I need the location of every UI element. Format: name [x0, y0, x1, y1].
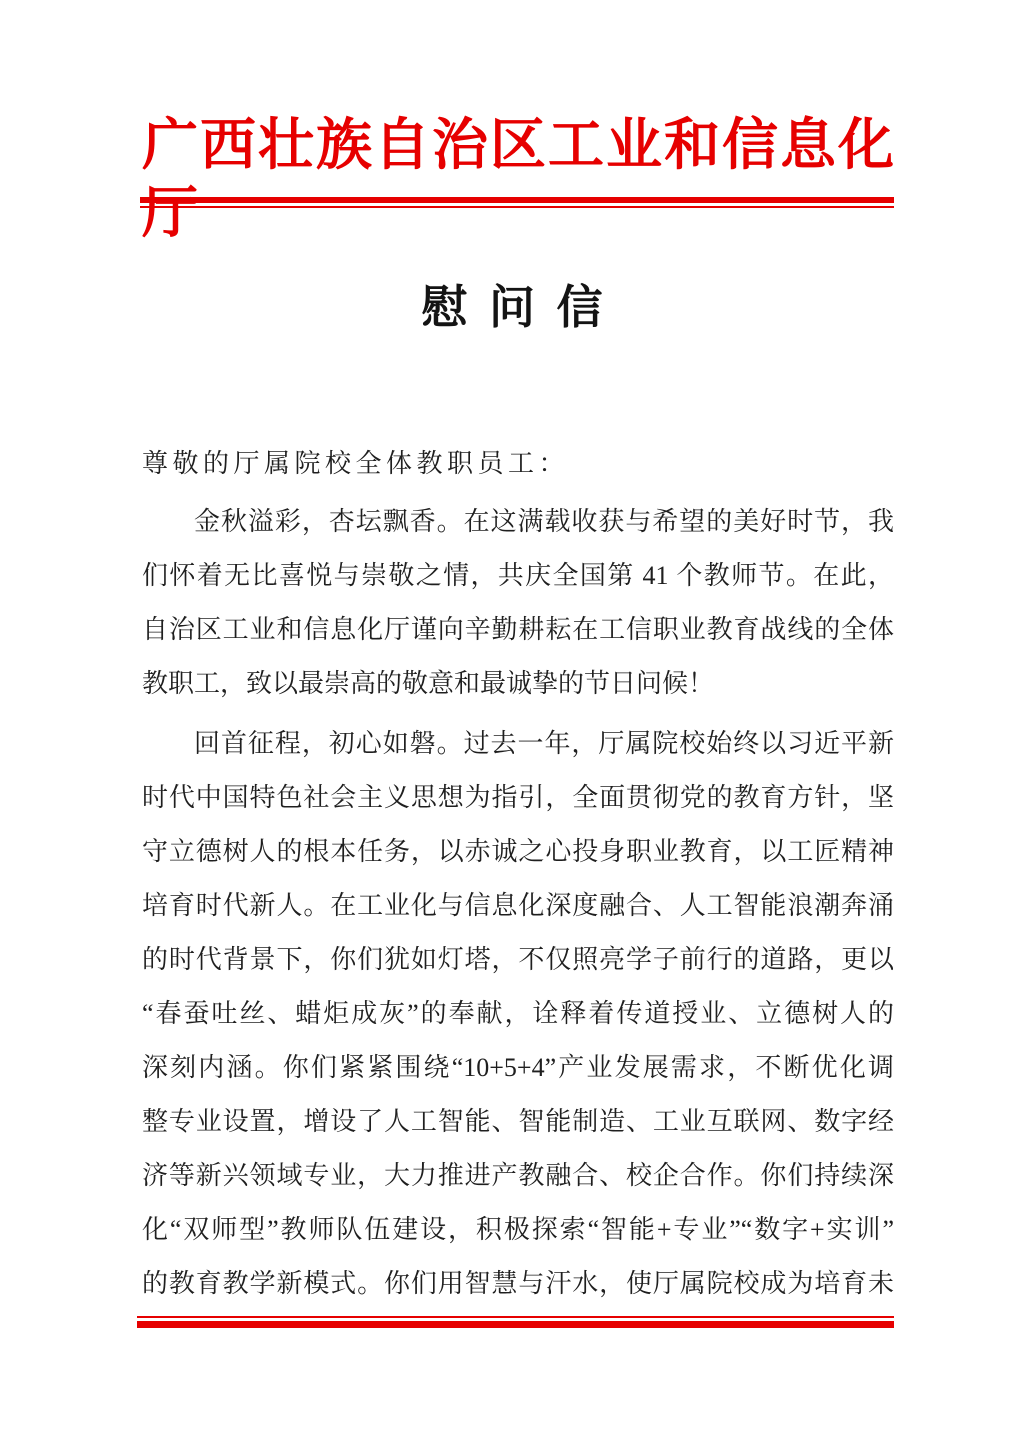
- body-line: 的时代背景下，你们犹如灯塔，不仅照亮学子前行的道路，更以: [142, 933, 894, 987]
- body-line: 教职工，致以最崇高的敬意和最诚挚的节日问候！: [142, 657, 894, 711]
- body-line: 们怀着无比喜悦与崇敬之情，共庆全国第 41 个教师节。在此，: [142, 549, 894, 603]
- body-line: 培育时代新人。在工业化与信息化深度融合、人工智能浪潮奔涌: [142, 879, 894, 933]
- letterhead-divider: [140, 197, 894, 208]
- letter-body: 尊敬的厅属院校全体教职员工： 金秋溢彩，杏坛飘香。在这满载收获与希望的美好时节，…: [142, 437, 894, 1311]
- body-line: 回首征程，初心如磐。过去一年，厅属院校始终以习近平新: [142, 717, 894, 771]
- divider-thin-line: [140, 206, 894, 208]
- salutation-line: 尊敬的厅属院校全体教职员工：: [142, 437, 894, 491]
- divider-thick-line: [137, 1321, 894, 1328]
- document-page: 广西壮族自治区工业和信息化厅 慰 问 信 尊敬的厅属院校全体教职员工： 金秋溢彩…: [0, 0, 1024, 1447]
- body-line: 济等新兴领域专业，大力推进产教融合、校企合作。你们持续深: [142, 1149, 894, 1203]
- document-title: 慰 问 信: [0, 280, 1024, 336]
- body-line: 金秋溢彩，杏坛飘香。在这满载收获与希望的美好时节，我: [142, 495, 894, 549]
- body-line: “春蚕吐丝、蜡炬成灰”的奉献，诠释着传道授业、立德树人的: [142, 987, 894, 1041]
- body-line: 时代中国特色社会主义思想为指引，全面贯彻党的教育方针，坚: [142, 771, 894, 825]
- body-line: 守立德树人的根本任务，以赤诚之心投身职业教育，以工匠精神: [142, 825, 894, 879]
- body-line: 的教育教学新模式。你们用智慧与汗水，使厅属院校成为培育未: [142, 1257, 894, 1311]
- body-line: 自治区工业和信息化厅谨向辛勤耕耘在工信职业教育战线的全体: [142, 603, 894, 657]
- footer-divider: [137, 1316, 894, 1328]
- body-line: 化“双师型”教师队伍建设，积极探索“智能+专业”“数字+实训”: [142, 1203, 894, 1257]
- body-line: 深刻内涵。你们紧紧围绕“10+5+4”产业发展需求，不断优化调: [142, 1041, 894, 1095]
- letterhead-org-name: 广西壮族自治区工业和信息化厅: [142, 112, 894, 248]
- body-line: 整专业设置，增设了人工智能、智能制造、工业互联网、数字经: [142, 1095, 894, 1149]
